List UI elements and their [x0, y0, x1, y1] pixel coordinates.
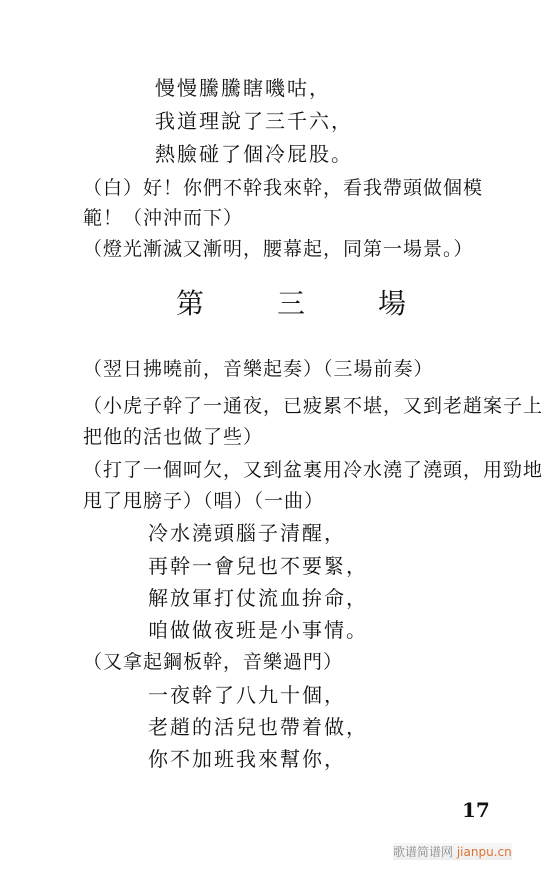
- watermark-url: jianpu.cn: [457, 845, 512, 859]
- page-number: 17: [462, 798, 490, 822]
- verse-line: 再幹一會兒也不要緊，: [148, 554, 368, 578]
- stage-direction: 把他的活也做了些）: [83, 425, 263, 449]
- verse-line: 熱臉碰了個冷屁股。: [155, 142, 353, 166]
- verse-line: 我道理說了三千六，: [155, 109, 353, 133]
- stage-direction: （打了一個呵欠，又到盆裏用冷水澆了澆頭，用勁地: [83, 458, 543, 482]
- verse-line: 咱做做夜班是小事情。: [148, 618, 368, 642]
- watermark-site-name: 歌谱简谱网: [393, 845, 453, 859]
- dialogue-line: 範！（沖沖而下）: [83, 206, 243, 230]
- stage-direction: （翌日拂曉前，音樂起奏）（三場前奏）: [83, 357, 434, 381]
- verse-line: 一夜幹了八九十個，: [148, 683, 346, 707]
- verse-line: 冷水澆頭腦子清醒，: [148, 521, 346, 545]
- scene-title: 第 三 場: [176, 286, 406, 326]
- watermark: 歌谱简谱网 jianpu.cn: [393, 843, 512, 860]
- scene-title-char: 第: [176, 286, 204, 326]
- scene-title-char: 三: [277, 286, 305, 326]
- scene-title-char: 場: [378, 286, 406, 326]
- dialogue-line: （白）好！你們不幹我來幹，看我帶頭做個模: [83, 176, 483, 200]
- stage-direction: （燈光漸滅又漸明，腰幕起，同第一場景。）: [83, 237, 474, 261]
- verse-line: 老趙的活兒也帶着做，: [148, 715, 368, 739]
- stage-direction: （又拿起鋼板幹，音樂過門）: [83, 650, 343, 674]
- stage-direction: （小虎子幹了一通夜，已疲累不堪，又到老趙案子上: [83, 394, 543, 418]
- verse-line: 慢慢騰騰瞎嘰咕，: [155, 76, 331, 100]
- verse-line: 你不加班我來幫你，: [148, 747, 346, 771]
- verse-line: 解放軍打仗流血拚命，: [148, 586, 368, 610]
- stage-direction: 甩了甩膀子）（唱）（一曲）: [83, 489, 324, 513]
